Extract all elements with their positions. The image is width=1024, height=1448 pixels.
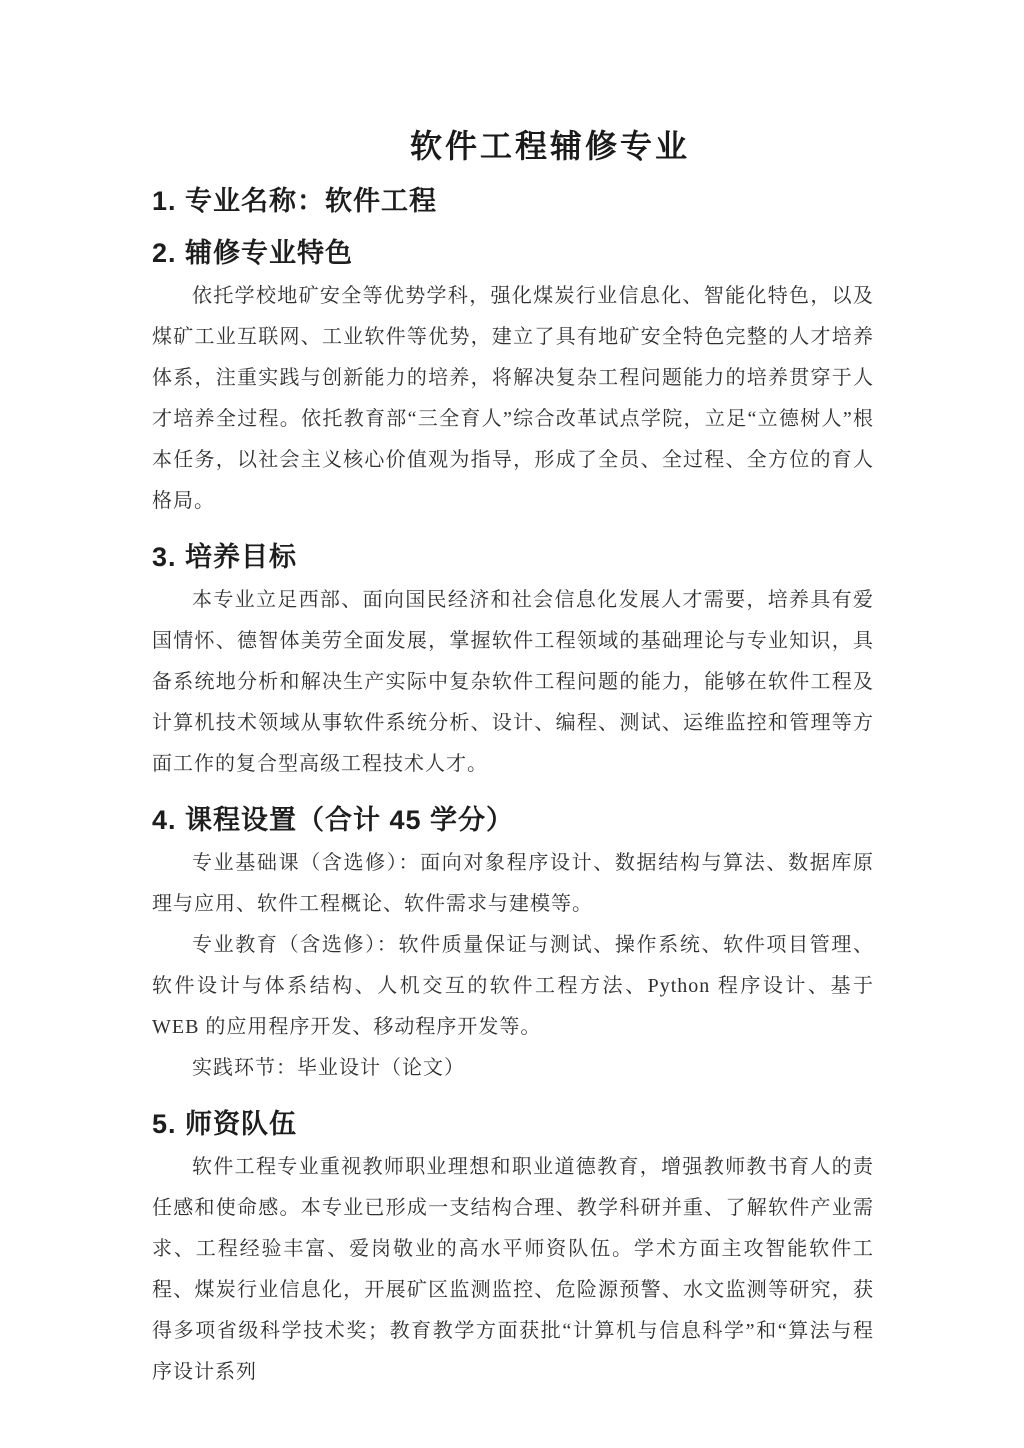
paragraph-curriculum-basic-courses: 专业基础课（含选修）：面向对象程序设计、数据结构与算法、数据库原理与应用、软件工…: [152, 843, 874, 925]
paragraph-training-objectives: 本专业立足西部、面向国民经济和社会信息化发展人才需要，培养具有爱国情怀、德智体美…: [152, 580, 874, 785]
document-title: 软件工程辅修专业: [152, 126, 874, 166]
paragraph-curriculum-practice: 实践环节：毕业设计（论文）: [152, 1048, 874, 1089]
document-page: 软件工程辅修专业 1. 专业名称：软件工程 2. 辅修专业特色 依托学校地矿安全…: [0, 0, 1024, 1448]
section-heading-faculty: 5. 师资队伍: [152, 1107, 874, 1141]
section-heading-major-name: 1. 专业名称：软件工程: [152, 184, 874, 218]
paragraph-faculty: 软件工程专业重视教师职业理想和职业道德教育，增强教师教书育人的责任感和使命感。本…: [152, 1147, 874, 1393]
section-heading-curriculum: 4. 课程设置（合计 45 学分）: [152, 803, 874, 837]
section-heading-minor-features: 2. 辅修专业特色: [152, 236, 874, 270]
paragraph-curriculum-major-courses: 专业教育（含选修）：软件质量保证与测试、操作系统、软件项目管理、软件设计与体系结…: [152, 925, 874, 1048]
section-heading-training-objectives: 3. 培养目标: [152, 540, 874, 574]
paragraph-minor-features: 依托学校地矿安全等优势学科，强化煤炭行业信息化、智能化特色，以及煤矿工业互联网、…: [152, 276, 874, 522]
